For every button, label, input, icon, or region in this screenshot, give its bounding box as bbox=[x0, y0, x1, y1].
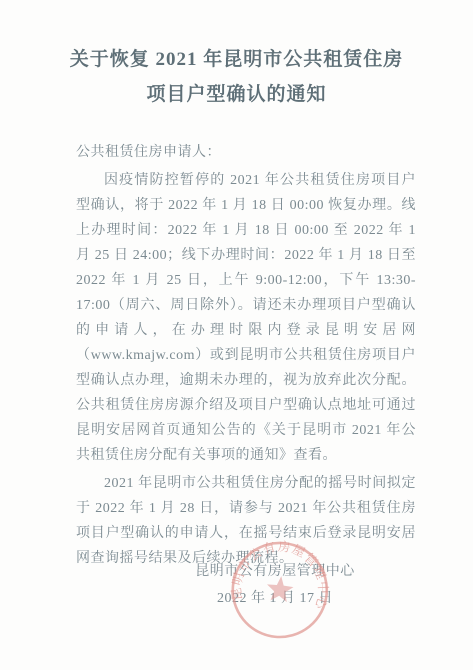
salutation: 公共租赁住房申请人： bbox=[76, 140, 416, 165]
notice-title-line2: 项目户型确认的通知 bbox=[146, 84, 326, 105]
notice-title: 关于恢复 2021 年昆明市公共租赁住房 项目户型确认的通知 bbox=[30, 42, 443, 112]
paragraph-2: 2021 年昆明市公共租赁住房分配的摇号时间拟定于 2022 年 1 月 28 … bbox=[76, 471, 416, 571]
issuing-authority: 昆明市公有房屋管理中心 bbox=[160, 558, 390, 585]
signature-block: 昆明市公有房屋管理中心 2022 年 1 月 17 日 bbox=[160, 558, 390, 612]
issue-date: 2022 年 1 月 17 日 bbox=[160, 585, 390, 612]
notice-title-line1: 关于恢复 2021 年昆明市公共租赁住房 bbox=[70, 49, 404, 70]
notice-body: 公共租赁住房申请人： 因疫情防控暂停的 2021 年公共租赁住房项目户型确认，将… bbox=[76, 140, 416, 571]
notice-document-page: 关于恢复 2021 年昆明市公共租赁住房 项目户型确认的通知 公共租赁住房申请人… bbox=[0, 0, 473, 670]
paragraph-1: 因疫情防控暂停的 2021 年公共租赁住房项目户型确认，将于 2022 年 1 … bbox=[76, 168, 416, 468]
